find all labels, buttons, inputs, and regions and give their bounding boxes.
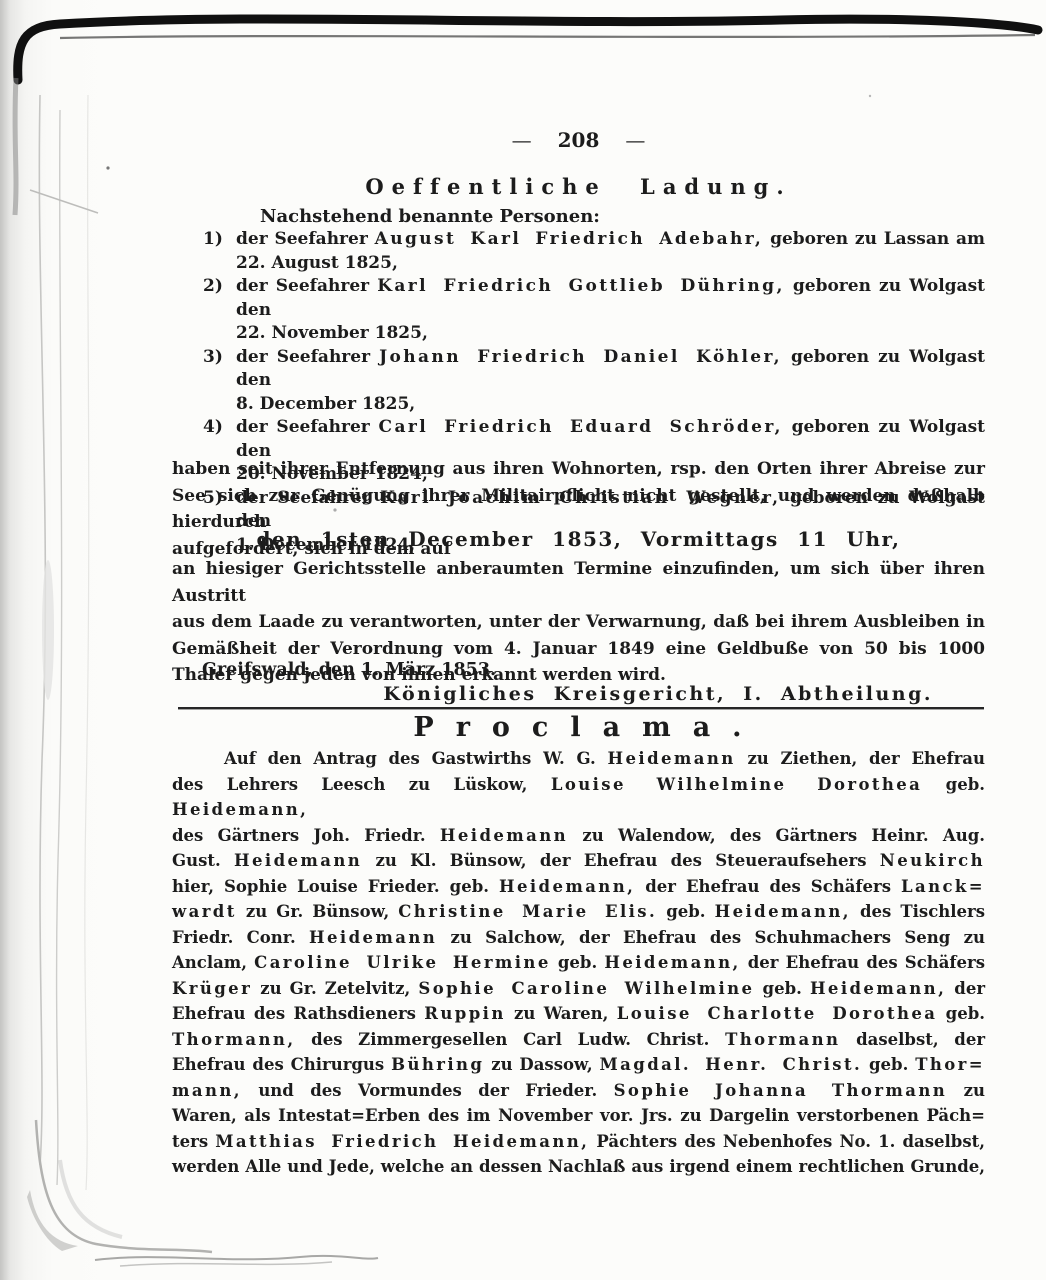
scanned-book-page: — 208 — Oeffentliche Ladung. Nachstehend… [0,0,1046,1280]
emphasized-name: Ruppin [424,1004,505,1023]
emphasized-name: Heidemann, [172,800,308,819]
emphasized-name: Krüger [172,979,252,998]
summons-place-date: Greifswald, den 1. März 1853. [172,660,1015,680]
person-birth-date: 22. August 1825, [236,252,985,276]
emphasized-name: wardt [172,902,237,921]
emphasized-name: Heidemann, [604,953,740,972]
proclama-line: des Gärtners Joh. Friedr. Heidemann zu W… [172,823,985,849]
left-binding-shadow [0,0,130,1280]
text-segment: Ehefrau des Chirurgus [172,1055,384,1074]
emphasized-name: Bühring [391,1055,484,1074]
text-segment: geb. [763,979,802,998]
scan-speck-3 [869,95,871,97]
proclama-line: Ehefrau des Chirurgus Bühring zu Dassow,… [172,1052,985,1078]
proclama-line: ters Matthias Friedrich Heidemann, Pächt… [172,1129,985,1155]
emphasized-name: Heidemann [608,749,736,768]
text-segment: daselbst, der [856,1030,985,1049]
text-segment: geb. [946,1004,985,1023]
summons-body-line: Gemäßheit der Verordnung vom 4. Januar 1… [172,636,985,663]
proclama-line: Krüger zu Gr. Zetelvitz, Sophie Caroline… [172,976,985,1002]
text-segment: hier, Sophie Louise Frieder. geb. [172,877,489,896]
text-segment: der [954,979,985,998]
person-entry-line: 1)der Seefahrer August Karl Friedrich Ad… [203,228,985,252]
emphasized-name: Thormann [725,1030,840,1049]
text-segment: geb. [869,1055,908,1074]
emphasized-name: Carl Friedrich Eduard Schröder, [379,417,783,437]
text-segment: zu Kl. Bünsow, der Ehefrau des Steuerauf… [375,851,866,870]
text-segment: der Ehefrau des Schäfers [748,953,985,972]
summons-signature: Königliches Kreisgericht, I. Abtheilung. [172,683,985,705]
person-entry-text: der Seefahrer Johann Friedrich Daniel Kö… [236,346,985,393]
page-number-line: — 208 — [172,128,985,152]
text-segment: des Gärtners Joh. Friedr. [172,826,426,845]
page-number-dash-left: — [512,128,532,152]
emphasized-name: Neukirch [880,851,985,870]
emphasized-name: Lanck= [901,877,985,896]
person-number: 3) [203,346,236,393]
text-segment: der Seefahrer [236,347,370,367]
person-entry-line: 2)der Seefahrer Karl Friedrich Gottlieb … [203,275,985,322]
summons-title: Oeffentliche Ladung. [172,174,985,199]
summons-body-line: an hiesiger Gerichtsstelle anberaumten T… [172,556,985,609]
proclama-line: Anclam, Caroline Ulrike Hermine geb. Hei… [172,950,985,976]
scan-left-crease-3 [85,95,89,1190]
text-segment: zu Gr. Zetelvitz, [260,979,410,998]
text-segment: der Seefahrer [236,276,369,296]
proclama-line: Gust. Heidemann zu Kl. Bünsow, der Ehefr… [172,848,985,874]
proclama-title: Proclama. [172,712,985,743]
text-segment: zu Walendow, des Gärtners Heinr. Aug. [582,826,985,845]
scan-left-corner-fade [15,78,16,215]
emphasized-name: Karl Friedrich Gottlieb Dühring, [377,276,785,296]
emphasized-name: Heidemann [440,826,568,845]
summons-intro: Nachstehend benannte Personen: [172,206,1046,227]
emphasized-name: Matthias Friedrich Heidemann, [215,1132,589,1151]
text-segment: zu Waren, [514,1004,608,1023]
emphasized-name: Magdal. Henr. Christ. [600,1055,863,1074]
proclama-line: wardt zu Gr. Bünsow, Christine Marie Eli… [172,899,985,925]
proclama-line: Friedr. Conr. Heidemann zu Salchow, der … [172,925,985,951]
text-segment: geb. [558,953,597,972]
text-segment: zu Gr. Bünsow, [246,902,389,921]
person-birth-date: 22. November 1825, [236,322,985,346]
scan-bottom-page-edge-2 [120,1262,332,1266]
emphasized-name: August Karl Friedrich Adebahr, [375,229,764,249]
emphasized-name: Heidemann [309,928,437,947]
proclama-paragraph: Auf den Antrag des Gastwirths W. G. Heid… [172,746,985,1180]
emphasized-name: Sophie Caroline Wilhelmine [418,979,754,998]
text-segment: geb. [946,775,985,794]
person-birth-date: 8. December 1825, [236,393,985,417]
emphasized-name: Christine Marie Elis. [398,902,657,921]
emphasized-name: Heidemann [234,851,362,870]
proclama-line: Waren, als Intestat=Erben des im Novembe… [172,1103,985,1129]
emphasized-name: Sophie Johanna Thormann [614,1081,948,1100]
proclama-line: Thormann, des Zimmergesellen Carl Ludw. … [172,1027,985,1053]
emphasized-name: Caroline Ulrike Hermine [254,953,551,972]
text-segment: zu [964,1081,985,1100]
summons-person-item: 1)der Seefahrer August Karl Friedrich Ad… [203,228,985,275]
text-segment: und des Vormundes der Frieder. [258,1081,597,1100]
text-segment: Pächters des Nebenhofes No. 1. daselbst, [596,1132,985,1151]
text-segment: zu Ziethen, der Ehefrau [747,749,985,768]
emphasized-name: Heidemann, [499,877,635,896]
text-segment: der Seefahrer [236,417,370,437]
emphasized-name: Thormann, [172,1030,295,1049]
text-segment: Ehefrau des Rathsdieners [172,1004,416,1023]
text-segment: geboren zu Lassan am [770,229,985,249]
text-segment: geb. [666,902,705,921]
summons-body-line: aus dem Laade zu verantworten, unter der… [172,609,985,636]
text-segment: der Ehefrau des Schäfers [645,877,891,896]
scan-left-crease-1 [39,95,45,1165]
scan-left-crease-2 [57,110,62,1185]
proclama-line: werden Alle und Jede, welche an dessen N… [172,1154,985,1180]
text-segment: Anclam, [172,953,247,972]
person-entry-text: der Seefahrer August Karl Friedrich Adeb… [236,228,985,252]
emphasized-name: Thor= [915,1055,985,1074]
summons-person-item: 3)der Seefahrer Johann Friedrich Daniel … [203,346,985,417]
emphasized-name: Louise Wilhelmine Dorothea [551,775,922,794]
section-divider-rule [178,707,984,710]
text-segment: Waren, als Intestat=Erben des im Novembe… [172,1106,985,1125]
text-segment: des Tischlers [860,902,985,921]
summons-person-item: 2)der Seefahrer Karl Friedrich Gottlieb … [203,275,985,346]
text-segment: des Zimmergesellen Carl Ludw. Christ. [311,1030,709,1049]
text-segment: zu Salchow, der Ehefrau des Schuhmachers… [450,928,985,947]
page-number: 208 [558,128,600,152]
scan-top-edge [18,19,1038,80]
text-segment: Friedr. Conr. [172,928,296,947]
text-segment: werden Alle und Jede, welche an dessen N… [172,1157,985,1176]
scan-bottom-page-edge [95,1256,378,1260]
text-segment: ters [172,1132,208,1151]
emphasized-name: Johann Friedrich Daniel Köhler, [379,347,782,367]
summons-body-line: haben seit ihrer Entfernung aus ihren Wo… [172,456,985,483]
person-number: 2) [203,275,236,322]
scan-left-blotch [42,560,54,700]
proclama-line: mann, und des Vormundes der Frieder. Sop… [172,1078,985,1104]
text-segment: zu Dassow, [491,1055,592,1074]
text-segment: Gust. [172,851,221,870]
emphasized-name: Louise Charlotte Dorothea [617,1004,938,1023]
summons-hearing-date: den 1sten December 1853, Vormittags 11 U… [172,527,985,551]
scan-speck-1 [106,166,109,169]
person-number: 1) [203,228,236,252]
proclama-line: des Lehrers Leesch zu Lüskow, Louise Wil… [172,772,985,823]
scan-top-edge-thin-line [60,35,1035,38]
page-number-dash-right: — [625,128,645,152]
emphasized-name: Heidemann, [810,979,946,998]
emphasized-name: mann, [172,1081,242,1100]
person-entry-line: 3)der Seefahrer Johann Friedrich Daniel … [203,346,985,393]
emphasized-name: Heidemann, [715,902,851,921]
scan-diagonal-crease [30,190,98,213]
proclama-line: Ehefrau des Rathsdieners Ruppin zu Waren… [172,1001,985,1027]
proclama-line: Auf den Antrag des Gastwirths W. G. Heid… [172,746,985,772]
text-segment: Auf den Antrag des Gastwirths W. G. [224,749,596,768]
scan-bottom-left-curl-inner [60,1160,122,1237]
scan-bottom-left-wedge [27,1190,78,1251]
text-segment: der Seefahrer [236,229,368,249]
person-entry-text: der Seefahrer Karl Friedrich Gottlieb Dü… [236,275,985,322]
proclama-line: hier, Sophie Louise Frieder. geb. Heidem… [172,874,985,900]
text-segment: des Lehrers Leesch zu Lüskow, [172,775,527,794]
